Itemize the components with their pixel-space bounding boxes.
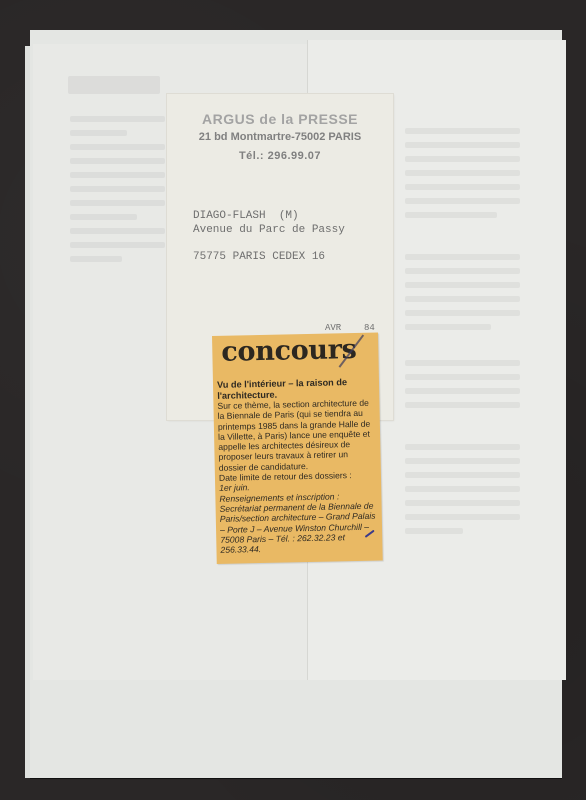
showthrough-text-left [70, 108, 165, 270]
agency-name: ARGUS de la PRESSE [167, 111, 393, 127]
client-city: 75775 PARIS CEDEX 16 [193, 251, 325, 263]
date-stamp: AVR 84 [325, 323, 375, 333]
newspaper-clipping: concours Vu de l'intérieur – la raison d… [212, 333, 383, 564]
client-street: Avenue du Parc de Passy [193, 224, 345, 236]
agency-phone: Tél.: 296.99.07 [167, 150, 393, 162]
agency-header: ARGUS de la PRESSE 21 bd Montmartre-7500… [167, 111, 393, 162]
contact-info: Renseignements et inscription : Secrétar… [219, 490, 378, 555]
showthrough-text-right [405, 120, 520, 542]
clipping-title: concours [221, 335, 357, 368]
showthrough-heading [68, 76, 160, 94]
agency-address: 21 bd Montmartre-75002 PARIS [167, 131, 393, 143]
clipping-body: Vu de l'intérieur – la raison de l'archi… [217, 377, 379, 556]
client-name: DIAGO-FLASH (M) [193, 210, 299, 222]
clipping-paragraph: Sur ce thème, la section architecture de… [217, 398, 376, 473]
